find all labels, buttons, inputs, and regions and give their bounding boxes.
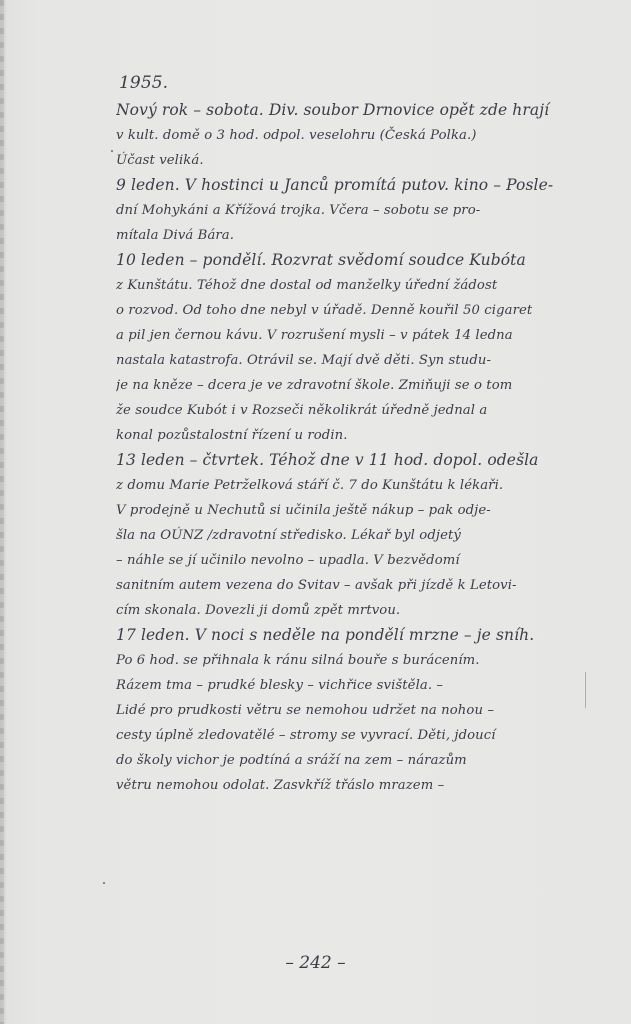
text-line: šla na OÚNZ /zdravotní středisko. Lékař … [116, 523, 621, 548]
binding-edge [0, 0, 4, 1024]
handwritten-text: 1955. Nový rok – sobota. Div. soubor Drn… [116, 68, 621, 798]
text-line: dní Mohykáni a Křížová trojka. Včera – s… [116, 198, 621, 223]
document-page: 1955. Nový rok – sobota. Div. soubor Drn… [0, 0, 631, 1024]
text-line: 9 leden. V hostinci u Janců promítá puto… [116, 173, 621, 198]
text-line: o rozvod. Od toho dne nebyl v úřadě. Den… [116, 298, 621, 323]
text-line: cesty úplně zledovatělé – stromy se vyvr… [116, 723, 621, 748]
text-line: z domu Marie Petrželková stáří č. 7 do K… [116, 473, 621, 498]
text-line: V prodejně u Nechutů si učinila ještě ná… [116, 498, 621, 523]
text-line: do školy vichor je podtíná a sráží na ze… [116, 748, 621, 773]
text-line: – náhle se jí učinilo nevolno – upadla. … [116, 548, 621, 573]
text-line: Rázem tma – prudké blesky – vichřice svi… [116, 673, 621, 698]
text-line: 10 leden – pondělí. Rozvrat svědomí soud… [116, 248, 621, 273]
text-line: 13 leden – čtvrtek. Téhož dne v 11 hod. … [116, 448, 621, 473]
text-line: 17 leden. V noci s neděle na pondělí mrz… [116, 623, 621, 648]
text-line: Po 6 hod. se přihnala k ránu silná bouře… [116, 648, 621, 673]
year-heading: 1955. [116, 68, 621, 98]
text-line: mítala Divá Bára. [116, 223, 621, 248]
text-line: nastala katastrofa. Otrávil se. Mají dvě… [116, 348, 621, 373]
text-line: je na kněze – dcera je ve zdravotní škol… [116, 373, 621, 398]
text-line: Nový rok – sobota. Div. soubor Drnovice … [116, 98, 621, 123]
text-line: v kult. domě o 3 hod. odpol. veselohru (… [116, 123, 621, 148]
text-line: Účast veliká. [116, 148, 621, 173]
text-line: z Kunštátu. Téhož dne dostal od manželky… [116, 273, 621, 298]
text-line: větru nemohou odolat. Zasvkříž třáslo mr… [116, 773, 621, 798]
ink-dot [103, 882, 105, 884]
text-line: Lidé pro prudkosti větru se nemohou udrž… [116, 698, 621, 723]
text-line: konal pozůstalostní řízení u rodin. [116, 423, 621, 448]
text-line: cím skonala. Dovezli ji domů zpět mrtvou… [116, 598, 621, 623]
text-line: sanitním autem vezena do Svitav – avšak … [116, 573, 621, 598]
page-number: – 242 – [0, 953, 631, 973]
text-line: a pil jen černou kávu. V rozrušení mysli… [116, 323, 621, 348]
ink-dot [111, 150, 113, 152]
text-line: že soudce Kubót i v Rozseči několikrát ú… [116, 398, 621, 423]
